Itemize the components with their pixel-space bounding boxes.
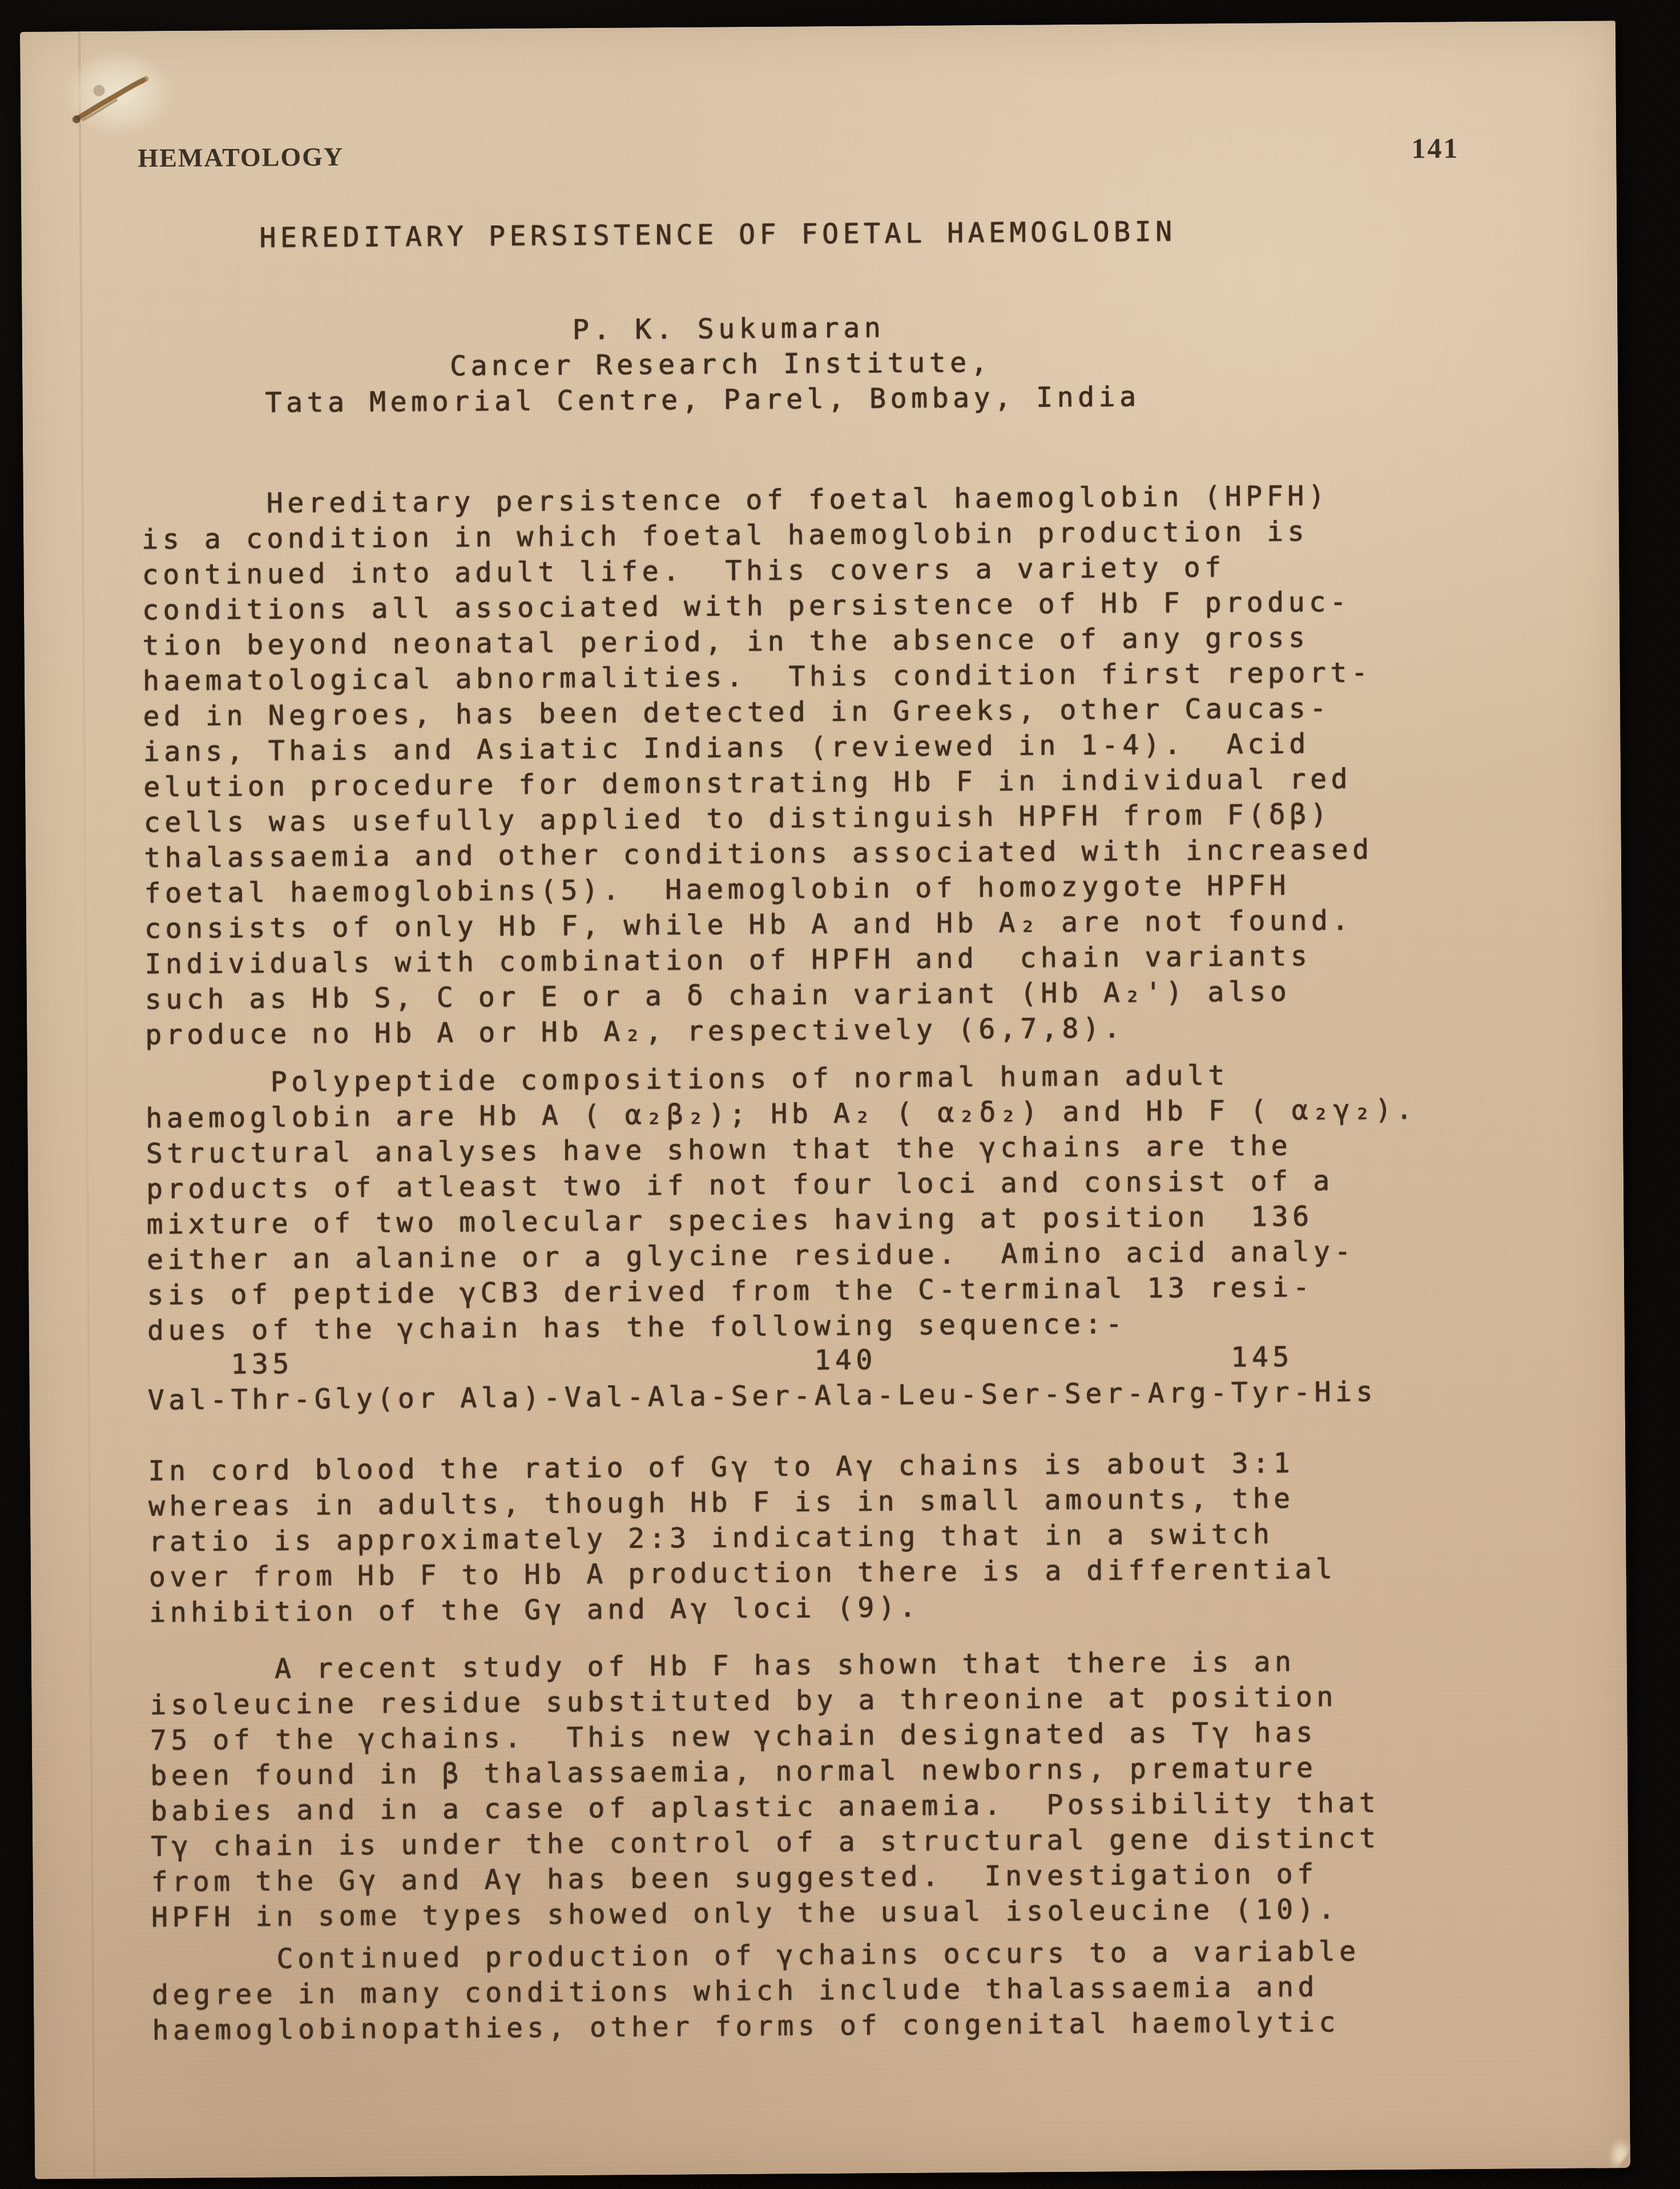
paragraph-intro: Hereditary persistence of foetal haemogl…: [141, 478, 1374, 1053]
worn-corner: [1548, 2058, 1634, 2173]
journal-header: HEMATOLOGY: [138, 142, 344, 174]
paragraph-continued-production: Continued production of γchains occurs t…: [151, 1933, 1360, 2048]
author-institute: Cancer Research Institute,: [450, 345, 992, 384]
paper-crease: [78, 31, 95, 2179]
paragraph-polypeptide: Polypeptide compositions of normal human…: [146, 1057, 1419, 1349]
scanned-page: HEMATOLOGY 141 HEREDITARY PERSISTENCE OF…: [20, 21, 1630, 2179]
paragraph-cord-blood: In cord blood the ratio of Gγ to Aγ chai…: [148, 1445, 1337, 1631]
scanner-background: HEMATOLOGY 141 HEREDITARY PERSISTENCE OF…: [0, 0, 1680, 2189]
paragraph-recent-study: A recent study of Hb F has shown that th…: [150, 1643, 1381, 1935]
author-address: Tata Memorial Centre, Parel, Bombay, Ind…: [265, 379, 1140, 421]
author-name: P. K. Sukumaran: [572, 310, 885, 348]
page-number: 141: [1411, 131, 1459, 165]
paper-tear-mark: [65, 50, 174, 136]
article-title: HEREDITARY PERSISTENCE OF FOETAL HAEMOGL…: [259, 214, 1176, 256]
